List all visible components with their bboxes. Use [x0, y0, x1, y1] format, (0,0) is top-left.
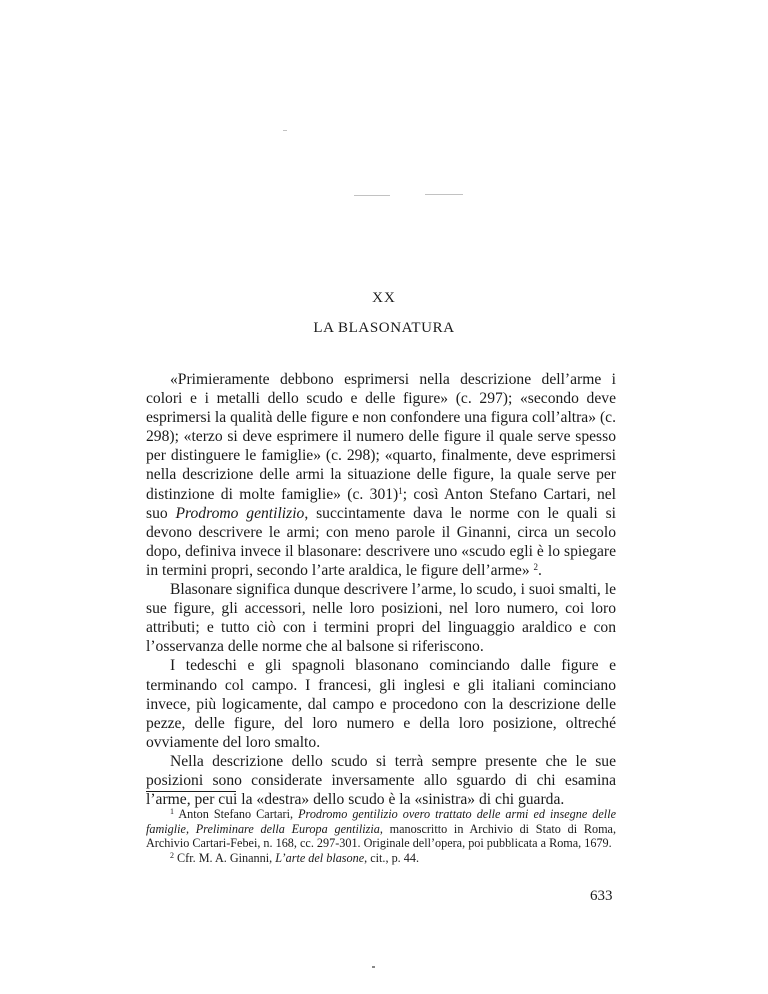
scan-artifact [283, 130, 287, 131]
body-text: «Primieramente debbono esprimersi nella … [146, 370, 616, 809]
scan-artifact [354, 195, 390, 196]
paragraph: Blasonare significa dunque descrivere l’… [146, 580, 616, 656]
chapter-number: XX [0, 290, 768, 307]
footnote: 2 Cfr. M. A. Ginanni, L’arte del blasone… [146, 851, 616, 866]
footnote-divider [146, 791, 236, 792]
chapter-title: LA BLASONATURA [0, 320, 768, 337]
text-run: Blasonare significa dunque descrivere l’… [146, 581, 616, 655]
text-run: Nella descrizione dello scudo si terrà s… [146, 753, 616, 808]
footnote: 1 Anton Stefano Cartari, Prodromo gentil… [146, 807, 616, 851]
paragraph: Nella descrizione dello scudo si terrà s… [146, 752, 616, 809]
scan-artifact [372, 966, 375, 968]
book-page: XX LA BLASONATURA «Primieramente debbono… [0, 0, 768, 994]
text-run: . [538, 562, 542, 579]
footnotes: 1 Anton Stefano Cartari, Prodromo gentil… [146, 807, 616, 865]
italic-title: Prodromo gentilizio [176, 505, 305, 522]
paragraph: I tedeschi e gli spagnoli blasonano comi… [146, 656, 616, 751]
italic-title: L’arte del blasone [275, 851, 364, 865]
paragraph: «Primieramente debbono esprimersi nella … [146, 370, 616, 580]
text-run: Cfr. M. A. Ginanni, [174, 851, 275, 865]
text-run: Anton Stefano Cartari, [174, 807, 298, 821]
text-run: I tedeschi e gli spagnoli blasonano comi… [146, 657, 616, 750]
page-number: 633 [590, 888, 613, 905]
scan-artifact [425, 194, 463, 195]
text-run: , cit., p. 44. [364, 851, 419, 865]
text-run: «Primieramente debbono esprimersi nella … [146, 371, 616, 503]
